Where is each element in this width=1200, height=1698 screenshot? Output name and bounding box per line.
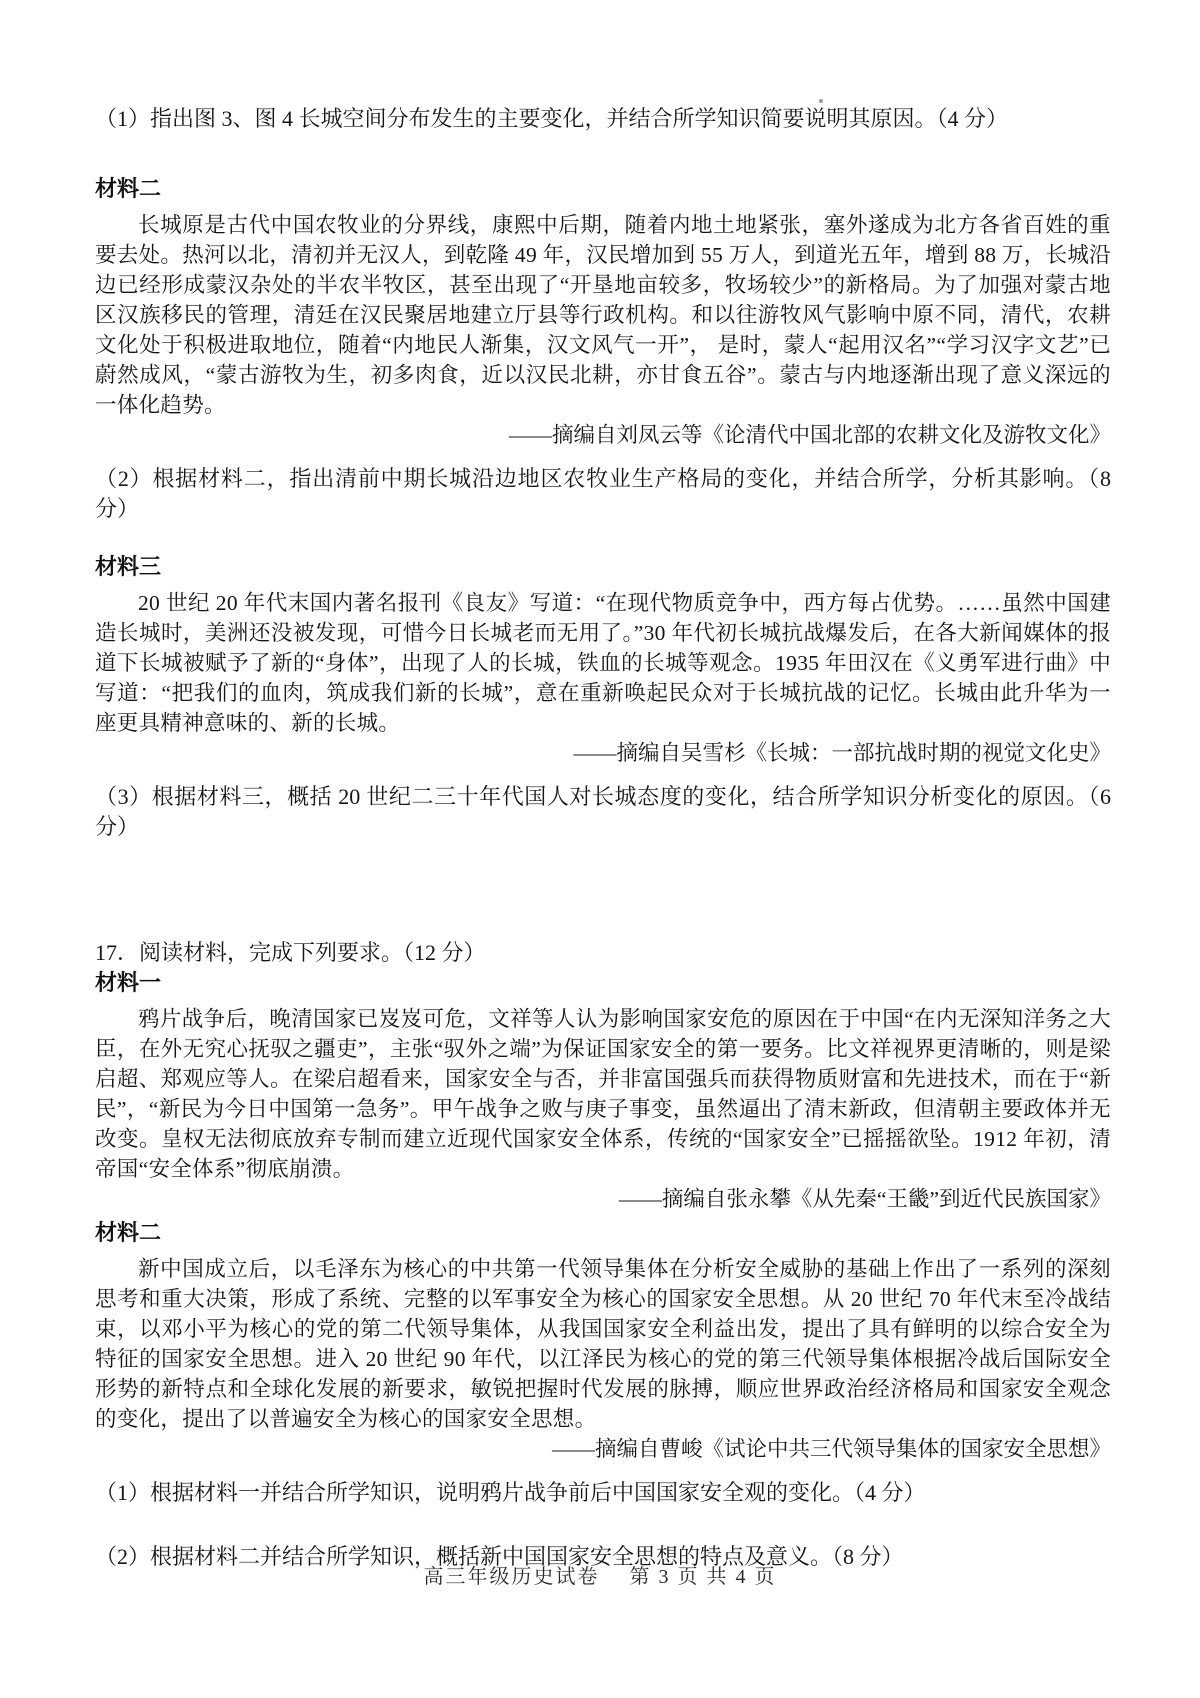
footer-page-number: 第 3 页 共 4 页 [630,1566,777,1588]
q17-material-two-source: ——摘编自曹峻《试论中共三代领导集体的国家安全思想》 [95,1434,1111,1464]
question-17-intro: 17．阅读材料，完成下列要求。（12 分） [95,938,1111,968]
material-three-header: 材料三 [95,552,1111,582]
material-two-body: 长城原是古代中国农牧业的分界线，康熙中后期，随着内地土地紧张，塞外遂成为北方各省… [95,210,1111,420]
material-two-source: ——摘编自刘凤云等《论清代中国北部的农耕文化及游牧文化》 [95,420,1111,450]
page-footer: 高三年级历史试卷第 3 页 共 4 页 [0,1564,1200,1590]
footer-exam-title: 高三年级历史试卷 [424,1566,600,1588]
exam-paper-page: （1）指出图 3、图 4 长城空间分布发生的主要变化，并结合所学知识简要说明其原… [0,0,1200,1698]
material-two-header: 材料二 [95,174,1111,204]
question-16-part2: （2）根据材料二，指出清前中期长城沿边地区农牧业生产格局的变化，并结合所学，分析… [95,464,1111,524]
q17-material-one-body: 鸦片战争后，晚清国家已岌岌可危，文祥等人认为影响国家安危的原因在于中国“在内无深… [95,1004,1111,1184]
material-three-body: 20 世纪 20 年代末国内著名报刊《良友》写道：“在现代物质竞争中，西方每占优… [95,588,1111,738]
q17-material-two-body: 新中国成立后，以毛泽东为核心的中共第一代领导集体在分析安全威胁的基础上作出了一系… [95,1254,1111,1434]
material-three-source: ——摘编自吴雪杉《长城：一部抗战时期的视觉文化史》 [95,738,1111,768]
q17-material-one-source: ——摘编自张永攀《从先秦“王畿”到近代民族国家》 [95,1184,1111,1214]
question-16-part1: （1）指出图 3、图 4 长城空间分布发生的主要变化，并结合所学知识简要说明其原… [95,104,1111,134]
q17-material-one-header: 材料一 [95,968,1111,998]
question-16-part3: （3）根据材料三，概括 20 世纪二三十年代国人对长城态度的变化，结合所学知识分… [95,782,1111,842]
q17-material-two-header: 材料二 [95,1218,1111,1248]
page-content: （1）指出图 3、图 4 长城空间分布发生的主要变化，并结合所学知识简要说明其原… [95,96,1111,1572]
question-17-part1: （1）根据材料一并结合所学知识，说明鸦片战争前后中国国家安全观的变化。（4 分） [95,1478,1111,1508]
